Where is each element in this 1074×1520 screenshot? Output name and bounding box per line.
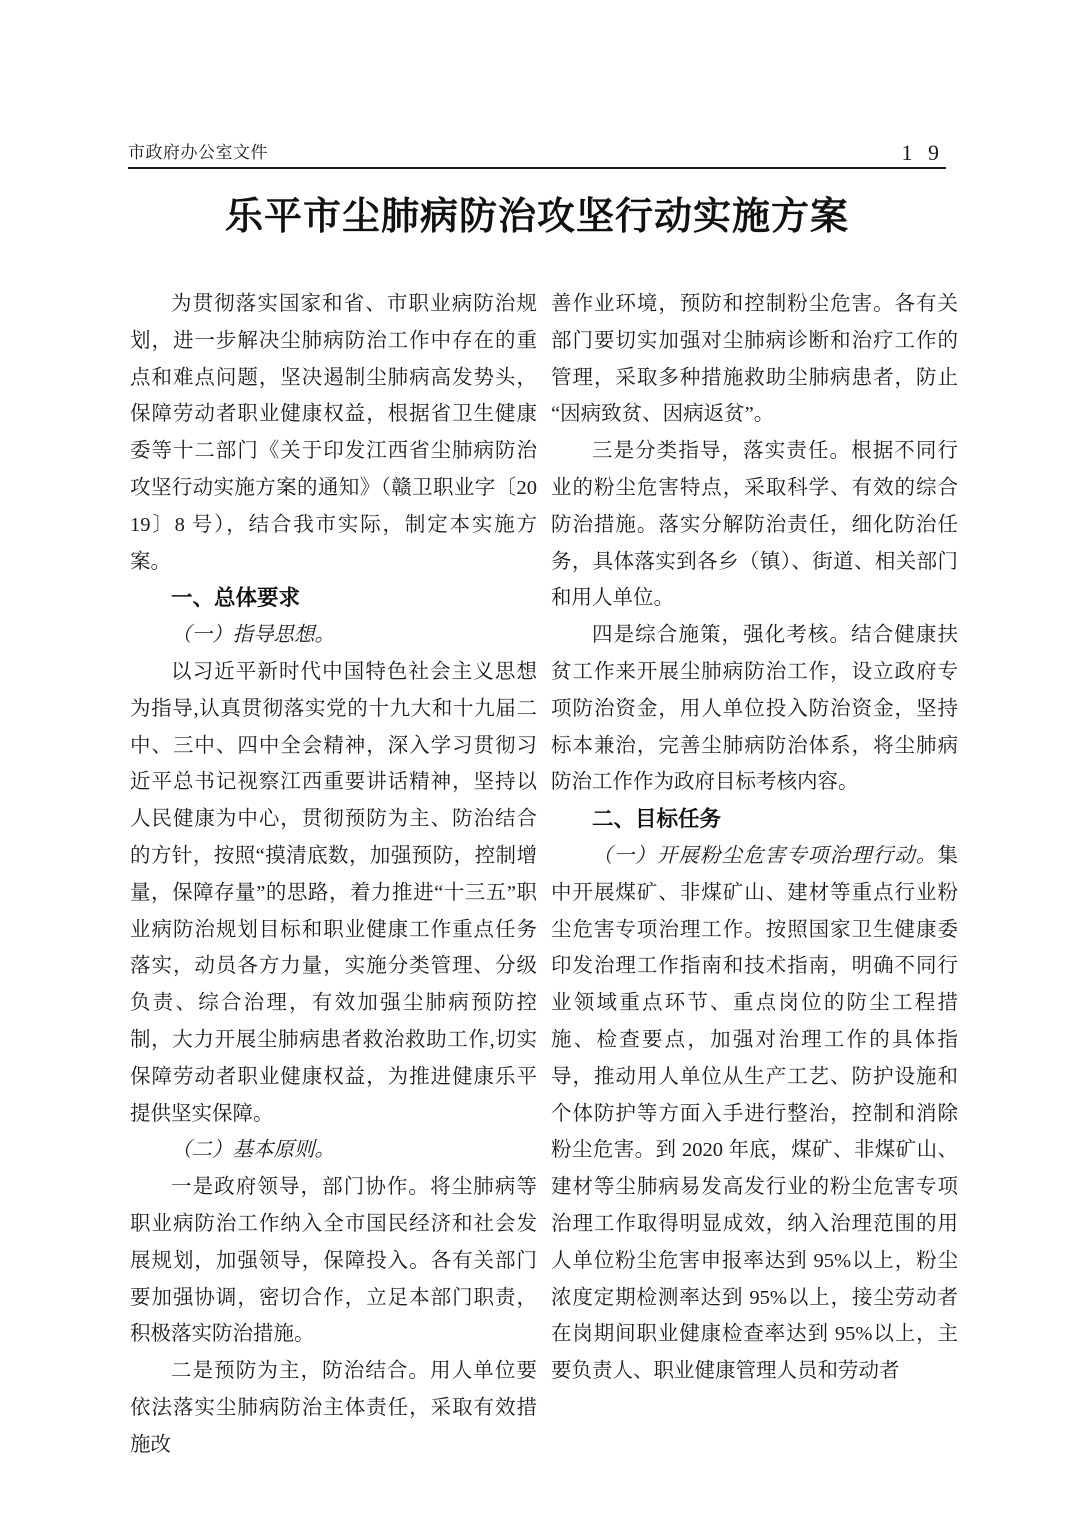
document-page: 市政府办公室文件 1 9 乐平市尘肺病防治攻坚行动实施方案 为贯彻落实国家和省、… — [0, 0, 1074, 1520]
paragraph: 善作业环境，预防和控制粉尘危害。各有关部门要切实加强对尘肺病诊断和治疗工作的管理… — [551, 286, 958, 433]
subsection-heading: （一）指导思想。 — [130, 617, 537, 654]
paragraph: 三是分类指导，落实责任。根据不同行业的粉尘危害特点，采取科学、有效的综合防治措施… — [551, 433, 958, 617]
document-title: 乐平市尘肺病防治攻坚行动实施方案 — [0, 191, 1074, 243]
paragraph: 以习近平新时代中国特色社会主义思想为指导,认真贯彻落实党的十九大和十九届二中、三… — [130, 654, 537, 1132]
subsection-heading-inline: （一）开展粉尘危害专项治理行动。 — [592, 845, 938, 867]
paragraph: 为贯彻落实国家和省、市职业病防治规划，进一步解决尘肺病防治工作中存在的重点和难点… — [130, 286, 537, 580]
subsection-heading: （二）基本原则。 — [130, 1132, 537, 1169]
paragraph: 一是政府领导，部门协作。将尘肺病等职业病防治工作纳入全市国民经济和社会发展规划，… — [130, 1169, 537, 1353]
column-left: 为贯彻落实国家和省、市职业病防治规划，进一步解决尘肺病防治工作中存在的重点和难点… — [130, 286, 537, 1464]
paragraph: （一）开展粉尘危害专项治理行动。集中开展煤矿、非煤矿山、建材等重点行业粉尘危害专… — [551, 838, 958, 1390]
section-heading: 二、目标任务 — [551, 801, 958, 838]
paragraph: 二是预防为主，防治结合。用人单位要依法落实尘肺病防治主体责任，采取有效措施改 — [130, 1353, 537, 1463]
column-right: 善作业环境，预防和控制粉尘危害。各有关部门要切实加强对尘肺病诊断和治疗工作的管理… — [551, 286, 958, 1464]
text-columns: 为贯彻落实国家和省、市职业病防治规划，进一步解决尘肺病防治工作中存在的重点和难点… — [130, 286, 958, 1464]
paragraph-text: 集中开展煤矿、非煤矿山、建材等重点行业粉尘危害专项治理工作。按照国家卫生健康委印… — [551, 845, 958, 1382]
header-doc-type: 市政府办公室文件 — [128, 140, 268, 166]
page-number: 1 9 — [902, 140, 947, 166]
section-heading: 一、总体要求 — [130, 580, 537, 617]
paragraph: 四是综合施策，强化考核。结合健康扶贫工作来开展尘肺病防治工作，设立政府专项防治资… — [551, 617, 958, 801]
page-header: 市政府办公室文件 1 9 — [128, 140, 946, 169]
